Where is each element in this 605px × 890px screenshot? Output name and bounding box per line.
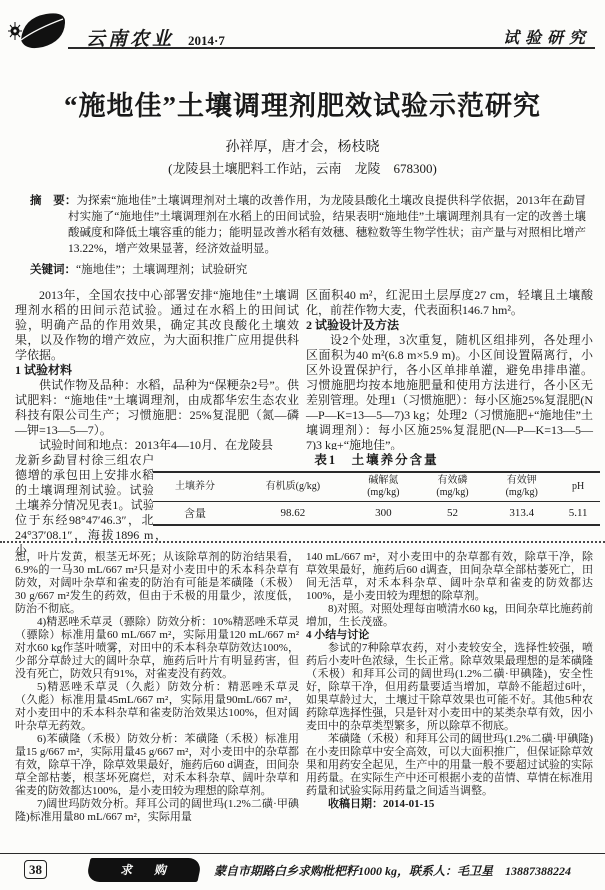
classified-ad-text: 蒙自市期路白乡求购枇杷籽1000 kg，联系人：毛卫星 13887388224 [214, 862, 571, 879]
header-cell-soil-nutrient: 土壤养分 [153, 472, 237, 502]
journal-page: 云南农业2014·7 试验研究 “施地佳”土壤调理剂肥效试验示范研究 孙祥厚，唐… [0, 0, 605, 890]
abstract-block: 摘 要：为探索“施地佳”土壤调理剂对土壤的改善作用，为龙陵县酸化土壤改良提供科学… [30, 193, 586, 257]
keywords-label: 关键词： [30, 264, 76, 276]
leaf-logo-icon [6, 9, 70, 57]
soil-nutrient-table: 土壤养分 有机质(g/kg) 碱解氮(mg/kg) 有效磷(mg/kg) 有效钾… [153, 471, 600, 526]
materials-paragraph: 供试作物及品种：水稻，品种为“保粳杂2号”。供试肥料：“施地佳”土壤调理剂，由成… [15, 378, 299, 438]
row-label-cell: 含量 [153, 502, 237, 526]
continued-paragraph: 4)精恶唑禾草灵（骠除）防效分析：10%精恶唑禾草灵（骠除）标准用量60 mL/… [15, 616, 299, 681]
affiliation: (龙陵县土壤肥料工作站，云南 龙陵 678300) [0, 158, 605, 177]
abstract-label: 摘 要： [30, 195, 76, 207]
continued-paragraph: 6)苯磺隆（禾极）防效分析：苯磺隆（禾极）标准用量15 g/667 m²，实际用… [15, 733, 299, 798]
section-1-heading: 1 试验材料 [15, 363, 299, 378]
body-right-column: 区面积40 m²，红泥田土层厚度27 cm，轻壤且土壤酸化，前茬作物大麦，代表面… [306, 288, 593, 453]
article-separator [0, 541, 605, 543]
keywords-text: “施地佳”；土壤调理剂；试验研究 [76, 264, 247, 276]
continued-paragraph: 5)精恶唑禾草灵（久彪）防效分析：精恶唑禾草灵（久彪）标准用量45mL/667 … [15, 681, 299, 733]
leaf-tag-icon: 求购 [85, 858, 202, 882]
continued-right-column: 140 mL/667 m²，对小麦田中的杂草都有效，除草干净，除草效果最好，施药… [306, 551, 593, 811]
header-cell-available-p: 有效磷(mg/kg) [418, 472, 487, 502]
issue-number: 2014·7 [188, 33, 225, 48]
header-rule [68, 47, 595, 49]
continued-left-column: 想，叶片发黄，根茎无坏死；从该除草剂的防治结果看，6.9%的一马30 mL/66… [15, 551, 299, 824]
section-2-heading: 2 试验设计及方法 [306, 318, 593, 333]
continued-paragraph: 140 mL/667 m²，对小麦田中的杂草都有效，除草干净，除草效果最好，施药… [306, 551, 593, 603]
section-4-heading: 4 小结与讨论 [306, 629, 593, 642]
page-number: 38 [24, 860, 47, 879]
table-header-row: 土壤养分 有机质(g/kg) 碱解氮(mg/kg) 有效磷(mg/kg) 有效钾… [153, 472, 600, 502]
header-cell-alkaline-n: 碱解氮(mg/kg) [349, 472, 418, 502]
received-date: 收稿日期：2014-01-15 [306, 798, 593, 811]
continued-paragraph: 想，叶片发黄，根茎无坏死；从该除草剂的防治结果看，6.9%的一马30 mL/66… [15, 551, 299, 616]
value-available-p: 52 [418, 502, 487, 526]
design-paragraph: 设2个处理，3次重复，随机区组排列，各处理小区面积为40 m²(6.8 m×5.… [306, 333, 593, 453]
discussion-paragraph: 参试的7种除草农药，对小麦较安全，选择性较强，喷药后小麦叶色浓绿，生长正常。除草… [306, 642, 593, 733]
keywords-line: 关键词：“施地佳”；土壤调理剂；试验研究 [30, 261, 586, 277]
continued-paragraph: 8)对照。对照处理每亩喷清水60 kg，田间杂草比施药前增加，生长茂盛。 [306, 603, 593, 629]
value-organic-matter: 98.62 [237, 502, 349, 526]
abstract-text: 为探索“施地佳”土壤调理剂对土壤的改善作用，为龙陵县酸化土壤改良提供科学依据，2… [68, 195, 586, 255]
article-title: “施地佳”土壤调理剂肥效试验示范研究 [0, 84, 605, 123]
intro-paragraph: 2013年，全国农技中心部署安排“施地佳”土壤调理剂水稻的田间示范试验。通过在水… [15, 288, 299, 363]
table-1-block: 表1 土壤养分含量 土壤养分 有机质(g/kg) 碱解氮(mg/kg) 有效磷(… [153, 450, 600, 526]
footer-rule [0, 853, 605, 854]
discussion-paragraph: 苯磺隆（禾极）和拜耳公司的阔世玛(1.2%二磺·甲碘隆)在小麦田除草中安全高效，… [306, 733, 593, 798]
plot-area-paragraph: 区面积40 m²，红泥田土层厚度27 cm，轻壤且土壤酸化，前茬作物大麦，代表面… [306, 288, 593, 318]
value-alkaline-n: 300 [349, 502, 418, 526]
header-cell-organic-matter: 有机质(g/kg) [237, 472, 349, 502]
table-1-caption: 表1 土壤养分含量 [153, 450, 600, 468]
value-ph: 5.11 [556, 502, 600, 526]
section-tag: 试验研究 [503, 25, 591, 48]
authors: 孙祥厚，唐才会，杨枝晓 [0, 136, 605, 156]
table-value-row: 含量 98.62 300 52 313.4 5.11 [153, 502, 600, 526]
continued-paragraph: 7)阔世玛防效分析。拜耳公司的阔世玛(1.2%二磺·甲碘隆)标准用量80 mL/… [15, 798, 299, 824]
header-cell-available-k: 有效钾(mg/kg) [487, 472, 556, 502]
header-cell-ph: pH [556, 472, 600, 502]
value-available-k: 313.4 [487, 502, 556, 526]
